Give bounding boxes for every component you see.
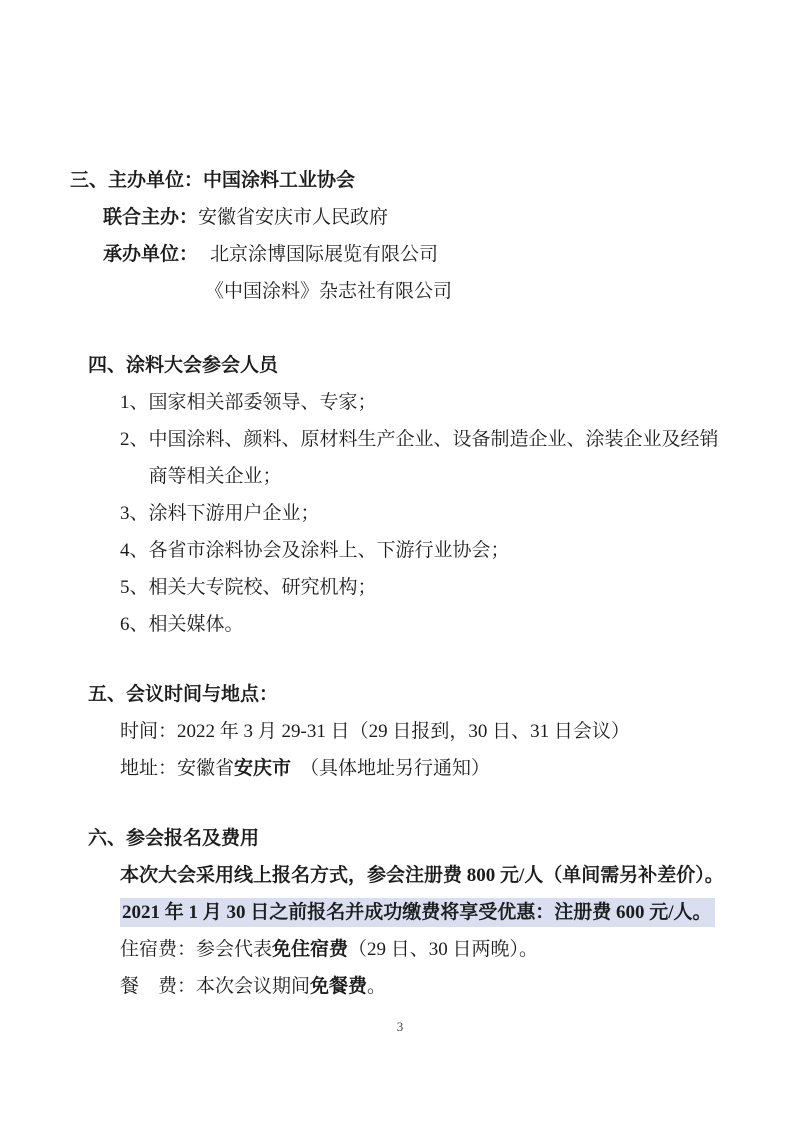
lodging-bold: 免住宿费 [272,939,348,960]
host-unit-line: 三、主办单位：中国涂料工业协会 [70,162,800,199]
list-item: 6、 相关媒体。 [120,606,720,643]
address-line: 地址：安徽省安庆市（具体地址另行通知） [120,750,800,787]
list-item-text: 涂料下游用户企业； [149,495,720,532]
list-item-text: 相关媒体。 [149,606,720,643]
list-item: 5、 相关大专院校、研究机构； [120,569,720,606]
section-participants: 四、涂料大会参会人员 1、 国家相关部委领导、专家； 2、 中国涂料、颜料、原材… [0,347,800,643]
section-organizers: 三、主办单位：中国涂料工业协会 联合主办：安徽省安庆市人民政府 承办单位：北京涂… [0,162,800,310]
meal-bold: 免餐费 [310,976,367,997]
undertaker-line: 承办单位：北京涂博国际展览有限公司 [103,236,800,273]
registration-heading: 六、参会报名及费用 [88,820,800,857]
list-item-number: 6、 [120,606,149,643]
list-item-number: 1、 [120,384,149,421]
list-item-number: 4、 [120,532,149,569]
section-time-location: 五、会议时间与地点： 时间：2022 年 3 月 29-31 日（29 日报到，… [0,676,800,787]
address-note: （具体地址另行通知） [300,758,490,779]
co-host-line: 联合主办：安徽省安庆市人民政府 [103,199,800,236]
list-item: 4、 各省市涂料协会及涂料上、下游行业协会； [120,532,720,569]
list-item-text: 相关大专院校、研究机构； [149,569,720,606]
undertaker-label: 承办单位： [103,244,198,265]
lodging-line: 住宿费：参会代表免住宿费（29 日、30 日两晚）。 [120,931,800,968]
lodging-pre: 参会代表 [196,939,272,960]
section-registration: 六、参会报名及费用 本次大会采用线上报名方式，参会注册费 800 元/人（单间需… [0,820,800,1005]
list-item: 1、 国家相关部委领导、专家； [120,384,720,421]
time-value: 2022 年 3 月 29-31 日（29 日报到，30 日、31 日会议） [177,721,630,742]
registration-fee-line: 本次大会采用线上报名方式，参会注册费 800 元/人（单间需另补差价）。 [120,857,800,894]
list-item-number: 3、 [120,495,149,532]
participants-heading: 四、涂料大会参会人员 [88,347,800,384]
time-location-heading: 五、会议时间与地点： [88,676,800,713]
lodging-post: （29 日、30 日两晚）。 [348,939,538,960]
document-page: 三、主办单位：中国涂料工业协会 联合主办：安徽省安庆市人民政府 承办单位：北京涂… [0,0,800,1005]
address-province: 安徽省 [177,758,234,779]
list-item-number: 2、 [120,421,149,495]
list-item-text: 中国涂料、颜料、原材料生产企业、设备制造企业、涂装企业及经销商等相关企业； [149,421,720,495]
meal-line: 餐 费：本次会议期间免餐费。 [120,968,800,1005]
list-item-number: 5、 [120,569,149,606]
co-host-label: 联合主办： [103,207,198,228]
address-label: 地址： [120,758,177,779]
co-host-value: 安徽省安庆市人民政府 [198,207,388,228]
list-item: 2、 中国涂料、颜料、原材料生产企业、设备制造企业、涂装企业及经销商等相关企业； [120,421,720,495]
page-number: 3 [0,1018,800,1036]
list-item-text: 国家相关部委领导、专家； [149,384,720,421]
list-item: 3、 涂料下游用户企业； [120,495,720,532]
meal-post: 。 [367,976,386,997]
undertaker-value2: 《中国涂料》杂志社有限公司 [205,273,800,310]
meal-label: 餐 费： [120,976,196,997]
lodging-label: 住宿费： [120,939,196,960]
time-line: 时间：2022 年 3 月 29-31 日（29 日报到，30 日、31 日会议… [120,713,800,750]
discount-line: 2021 年 1 月 30 日之前报名并成功缴费将享受优惠：注册费 600 元/… [120,894,800,931]
meal-pre: 本次会议期间 [196,976,310,997]
address-city: 安庆市 [234,758,291,779]
time-label: 时间： [120,721,177,742]
list-item-text: 各省市涂料协会及涂料上、下游行业协会； [149,532,720,569]
discount-highlight-text: 2021 年 1 月 30 日之前报名并成功缴费将享受优惠：注册费 600 元/… [120,898,715,927]
undertaker-value: 北京涂博国际展览有限公司 [210,244,438,265]
